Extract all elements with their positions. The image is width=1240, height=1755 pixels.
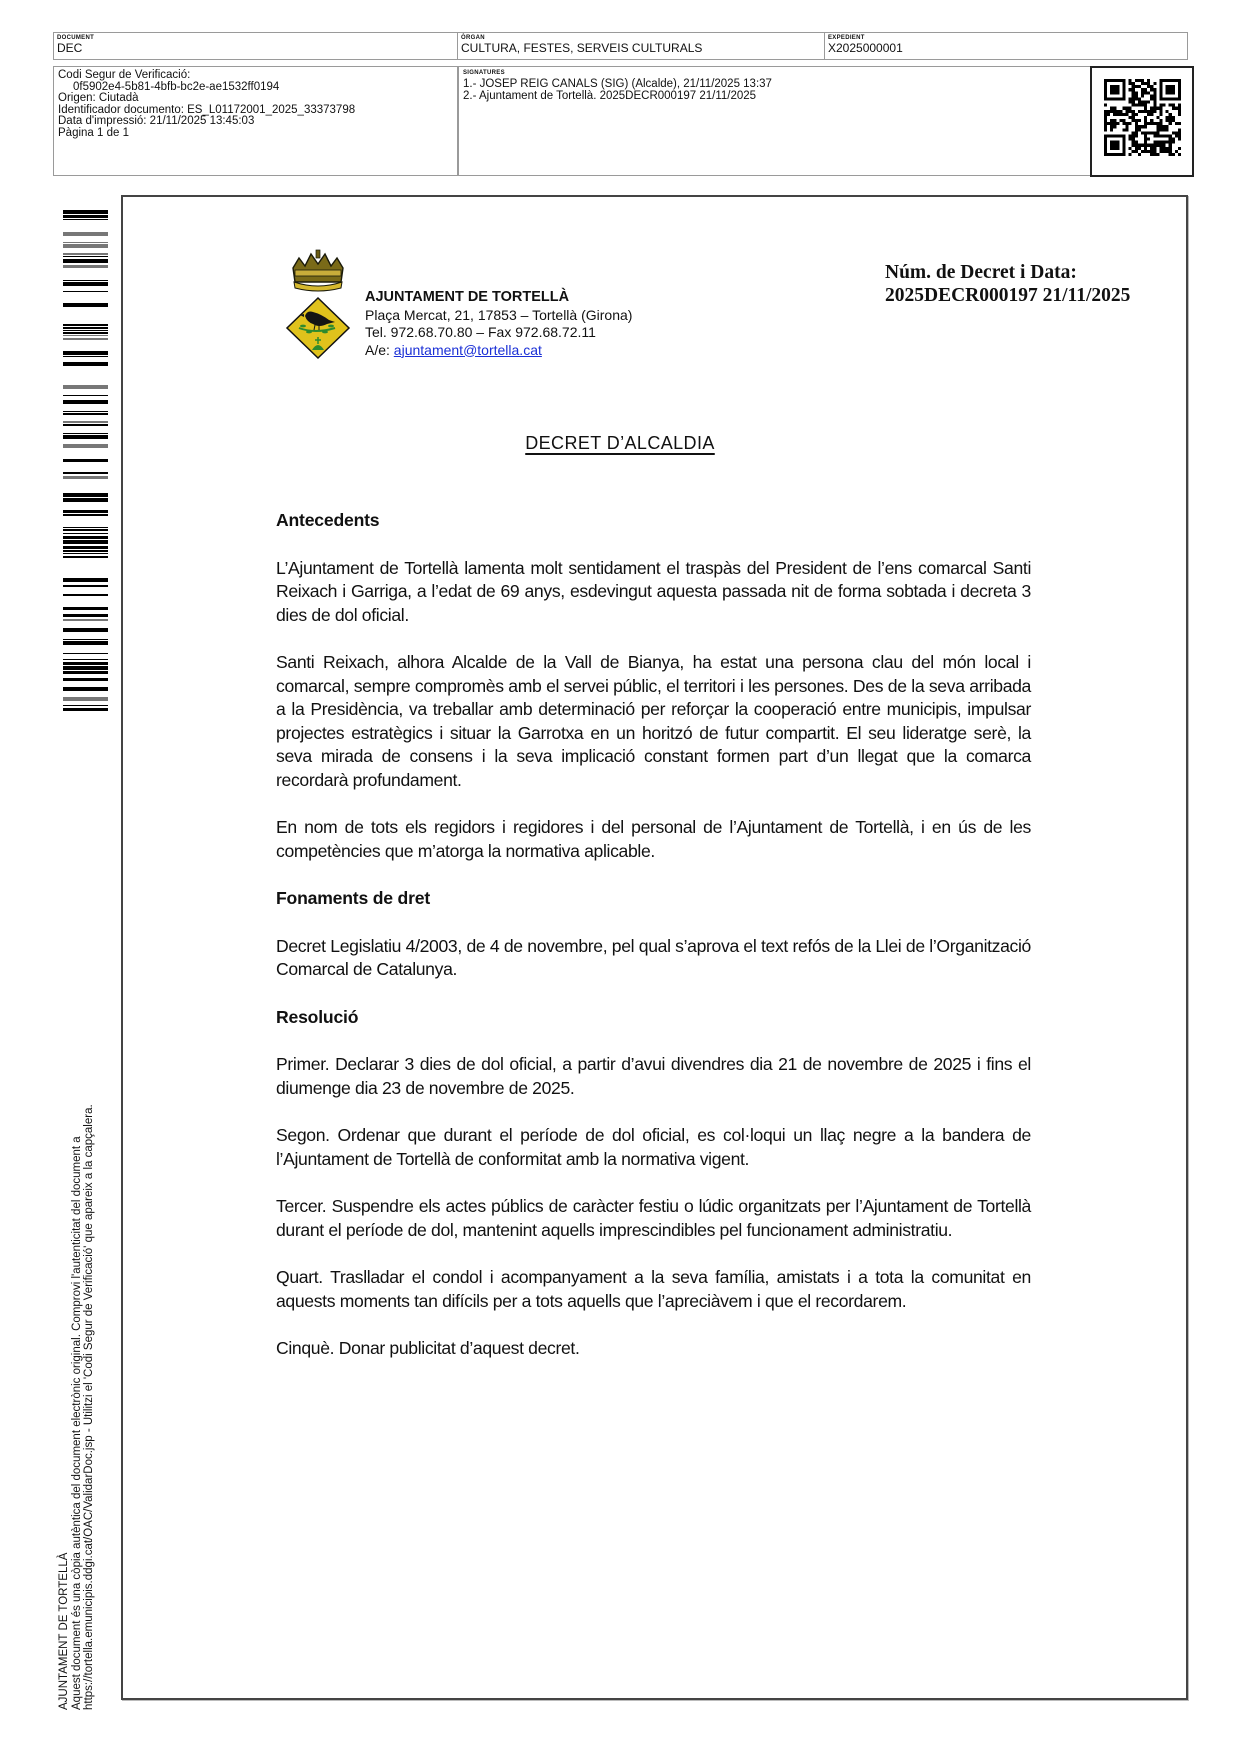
paragraph: En nom de tots els regidors i regidores … <box>276 816 1031 863</box>
document-type-cell: DOCUMENT DEC <box>54 33 458 59</box>
letterhead-org-info: AJUNTAMENT DE TORTELLÀ Plaça Mercat, 21,… <box>365 289 632 359</box>
signatures-cell: SIGNATURES 1.- JOSEP REIG CANALS (SIG) (… <box>459 67 1096 175</box>
expedient-cell: EXPEDIENT X2025000001 <box>825 33 1187 59</box>
signature-item: 2.- Ajuntament de Tortellà. 2025DECR0001… <box>463 90 1092 102</box>
paragraph: Decret Legislatiu 4/2003, de 4 de novemb… <box>276 935 1031 982</box>
resolution-item-segon: Segon. Ordenar que durant el període de … <box>276 1124 1031 1171</box>
section-heading-fonaments: Fonaments de dret <box>276 887 1031 911</box>
page-number: Pàgina 1 de 1 <box>58 128 453 140</box>
csv-label: Codi Segur de Verificació: <box>58 70 453 82</box>
decree-number-block: Núm. de Decret i Data: 2025DECR000197 21… <box>885 261 1130 307</box>
verification-info: Codi Segur de Verificació: 0f5902e4-5b81… <box>54 67 459 175</box>
signature-item: 1.- JOSEP REIG CANALS (SIG) (Alcalde), 2… <box>463 78 1092 90</box>
shield-icon <box>287 298 349 358</box>
signatures-label: SIGNATURES <box>463 70 1092 77</box>
resolution-item-tercer: Tercer. Suspendre els actes públics de c… <box>276 1195 1031 1242</box>
resolution-item-quart: Quart. Traslladar el condol i acompanyam… <box>276 1266 1031 1313</box>
decree-number-value: 2025DECR000197 21/11/2025 <box>885 284 1130 307</box>
verification-header: Codi Segur de Verificació: 0f5902e4-5b81… <box>53 66 1188 176</box>
barcode-icon <box>63 210 108 726</box>
org-phone: Tel. 972.68.70.80 – Fax 972.68.72.11 <box>365 324 632 342</box>
decree-number-label: Núm. de Decret i Data: <box>885 261 1130 284</box>
document-body: Antecedents L’Ajuntament de Tortellà lam… <box>276 509 1031 1361</box>
section-heading-antecedents: Antecedents <box>276 509 1031 533</box>
side-authenticity-text: Aquest document és una còpia autèntica d… <box>71 1104 84 1710</box>
origin-text: Origen: Ciutadà <box>58 93 453 105</box>
paragraph: L’Ajuntament de Tortellà lamenta molt se… <box>276 557 1031 628</box>
side-org-name: AJUNTAMENT DE TORTELLÀ <box>58 1104 71 1710</box>
org-address: Plaça Mercat, 21, 17853 – Tortellà (Giro… <box>365 307 632 325</box>
document-title-text: DECRET D’ALCALDIA <box>525 433 715 453</box>
coat-of-arms-icon <box>285 248 351 360</box>
resolution-item-primer: Primer. Declarar 3 dies de dol oficial, … <box>276 1053 1031 1100</box>
document-title: DECRET D’ALCALDIA <box>0 433 1240 454</box>
organ-value: CULTURA, FESTES, SERVEIS CULTURALS <box>461 42 821 55</box>
document-type-label: DOCUMENT <box>57 35 454 42</box>
resolution-item-cinque: Cinquè. Donar publicitat d’aquest decret… <box>276 1337 1031 1361</box>
expedient-value: X2025000001 <box>828 42 1184 55</box>
print-date: Data d'impressió: 21/11/2025 13:45:03 <box>58 116 453 128</box>
qr-code-icon[interactable] <box>1090 66 1194 177</box>
qr-code-graphic <box>1104 79 1181 156</box>
email-prefix: A/e: <box>365 342 394 358</box>
document-metadata-header: DOCUMENT DEC ÒRGAN CULTURA, FESTES, SERV… <box>53 32 1188 60</box>
organ-cell: ÒRGAN CULTURA, FESTES, SERVEIS CULTURALS <box>458 33 825 59</box>
authenticity-side-note: AJUNTAMENT DE TORTELLÀ Aquest document é… <box>58 1104 96 1710</box>
email-link[interactable]: ajuntament@tortella.cat <box>394 342 542 358</box>
document-type-value: DEC <box>57 42 454 55</box>
section-heading-resolucio: Resolució <box>276 1006 1031 1030</box>
crown-icon <box>293 250 343 291</box>
org-name: AJUNTAMENT DE TORTELLÀ <box>365 289 632 307</box>
org-email-line: A/e: ajuntament@tortella.cat <box>365 342 632 360</box>
side-validation-url[interactable]: https://tortella.emunicipis.ddgi.cat/OAC… <box>83 1104 96 1710</box>
paragraph: Santi Reixach, alhora Alcalde de la Vall… <box>276 651 1031 792</box>
